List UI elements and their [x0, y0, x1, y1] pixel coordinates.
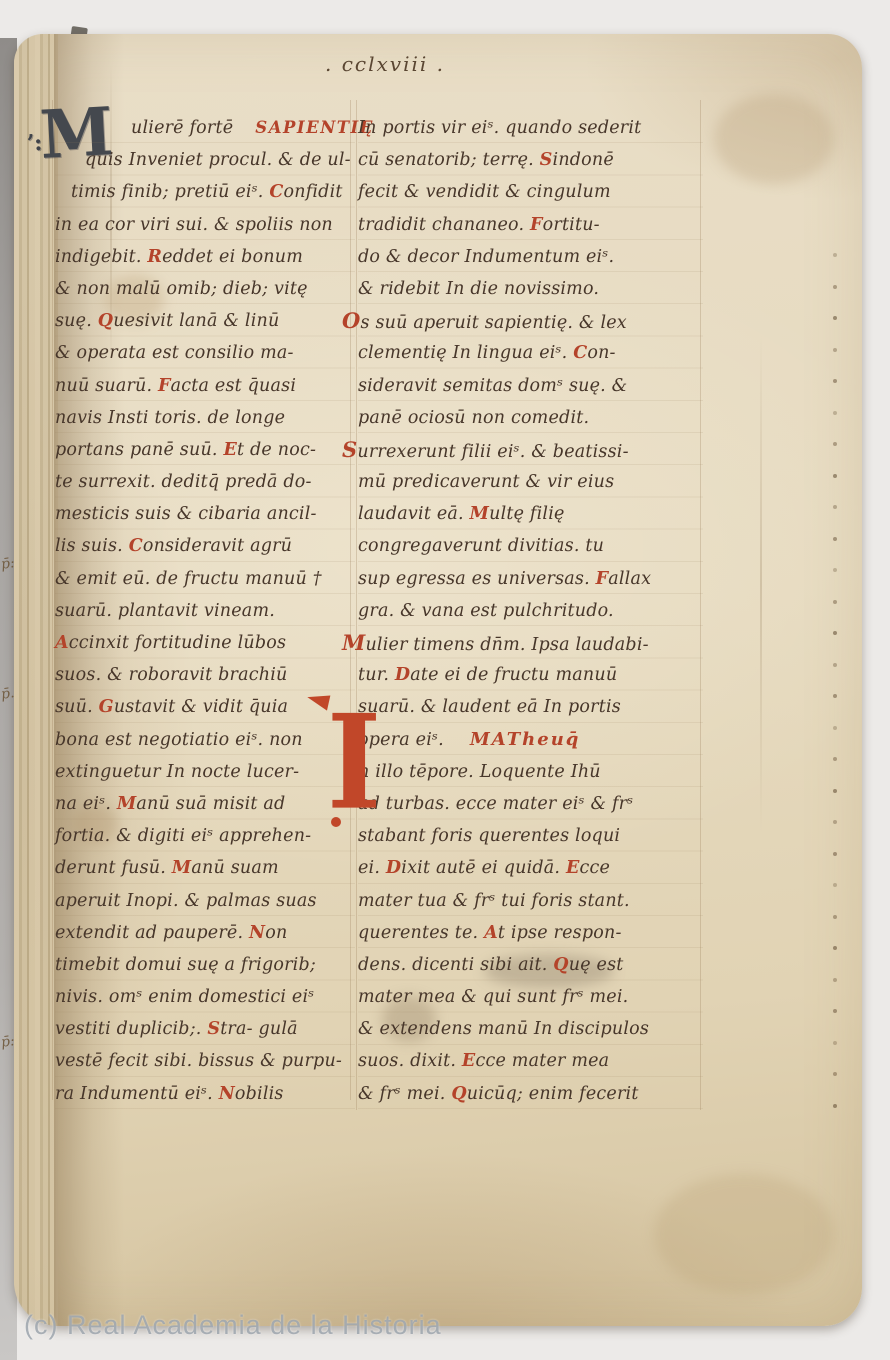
rubric-initial: N: [249, 923, 265, 943]
pricking-hole: [833, 568, 837, 572]
text-segment: tur.: [358, 665, 395, 685]
rubric-initial: Q: [553, 955, 568, 975]
manuscript-line: & operata est consilio ma-: [55, 337, 355, 369]
text-segment: t ipse respon-: [498, 923, 622, 943]
text-segment: & ridebit In die novissimo.: [358, 279, 599, 299]
text-segment: gra. & vana est pulchritudo.: [358, 601, 614, 621]
text-segment: quis Inveniet procul. & de ul-: [85, 150, 351, 170]
rubric-initial: N: [219, 1084, 235, 1104]
text-segment: stabant foris querentes loqui: [358, 826, 620, 846]
manuscript-line: mū predicaverunt & vir eius: [358, 466, 703, 498]
text-segment: dens. dicenti sibi ait.: [358, 955, 553, 975]
manuscript-line: aperuit Inopi. & palmas suas: [55, 885, 355, 917]
rubric-initial: G: [99, 697, 114, 717]
manuscript-line: nuū suarū. Facta est q̄uasi: [55, 370, 355, 402]
text-segment: nuū suarū.: [55, 376, 158, 396]
manuscript-line: panē ociosū non comedit.: [358, 402, 703, 434]
text-column-left: ulierē fortēSAPIENTIĘquis Inveniet procu…: [55, 112, 355, 1110]
text-segment: do & decor Indumentum eiˢ.: [358, 247, 614, 267]
pricking-hole: [833, 852, 837, 856]
text-segment: lis suis.: [55, 536, 129, 556]
text-segment: obilis: [235, 1084, 284, 1104]
manuscript-line: na eiˢ. Manū suā misit ad: [55, 788, 355, 820]
text-segment: on-: [587, 343, 615, 363]
text-segment: In portis vir eiˢ. quando sederit: [358, 118, 641, 138]
text-segment: acta est q̄uasi: [171, 376, 296, 396]
text-segment: urrexerunt filii eiˢ. & beatissi-: [357, 442, 628, 462]
manuscript-line: fecit & vendidit & cingulum: [358, 176, 703, 208]
manuscript-line: querentes te. At ipse respon-: [358, 917, 703, 949]
manuscript-line: & emit eū. de fructu manuū †: [55, 563, 355, 595]
text-segment: suarū. plantavit vineam.: [55, 601, 275, 621]
manuscript-line: n illo tēpore. Loquente Ihū: [358, 756, 703, 788]
text-segment: suarū. & laudent eā In portis: [358, 697, 621, 717]
text-segment: na eiˢ.: [55, 794, 117, 814]
manuscript-line: nivis. omˢ enim domestici eiˢ: [55, 981, 355, 1013]
text-segment: mū predicaverunt & vir eius: [358, 472, 614, 492]
text-segment: ortitu-: [543, 215, 600, 235]
ruling-line-vertical: [52, 100, 53, 1100]
pricking-hole: [833, 978, 837, 982]
text-segment: portans panē suū.: [55, 440, 223, 460]
text-segment: n illo tēpore. Loquente Ihū: [358, 762, 601, 782]
manuscript-line: in ea cor viri sui. & spoliis non: [55, 209, 355, 241]
manuscript-line: lis suis. Consideravit agrū: [55, 530, 355, 562]
manuscript-line: portans panē suū. Et de noc-: [55, 434, 355, 466]
pricking-hole: [833, 1009, 837, 1013]
rubric-initial: D: [386, 858, 401, 878]
text-segment: on: [265, 923, 287, 943]
manuscript-line: gra. & vana est pulchritudo.: [358, 595, 703, 627]
text-segment: suū.: [55, 697, 99, 717]
text-segment: ulier timens dn̄m. Ipsa laudabi-: [365, 635, 648, 655]
parchment-fold: [760, 334, 762, 834]
text-segment: s suū aperuit sapientię. & lex: [361, 313, 627, 333]
text-column-right: In portis vir eiˢ. quando sederitcū sena…: [358, 112, 703, 1110]
text-segment: bona est negotiatio eiˢ. non: [55, 730, 303, 750]
copyright-watermark: (c) Real Academia de la Historia: [24, 1310, 442, 1341]
manuscript-line: clementię In lingua eiˢ. Con-: [358, 337, 703, 369]
text-segment: & extendens manū In discipulos: [358, 1019, 649, 1039]
rubric-initial: E: [566, 858, 580, 878]
rubric-heading: SAPIENTIĘ: [255, 118, 374, 137]
manuscript-line: Surrexerunt filii eiˢ. & beatissi-: [358, 434, 703, 466]
manuscript-line: & frˢ mei. Quicūq; enim fecerit: [358, 1078, 703, 1110]
parchment-stain: [654, 1174, 834, 1294]
pricking-hole: [833, 1072, 837, 1076]
rubric-initial: S: [342, 434, 357, 466]
manuscript-photo: . cclxviii . M ulierē fortēSAPIENTIĘquis…: [0, 0, 890, 1360]
pricking-hole: [833, 726, 837, 730]
rubric-initial: C: [269, 182, 283, 202]
rubric-initial: M: [470, 504, 490, 524]
text-segment: ixit autē ei quidā.: [401, 858, 566, 878]
manuscript-line: dens. dicenti sibi ait. Quę est: [358, 949, 703, 981]
pricking-hole: [833, 663, 837, 667]
manuscript-line: suarū. plantavit vineam.: [55, 595, 355, 627]
manuscript-line: extinguetur In nocte lucer-: [55, 756, 355, 788]
rubric-initial: M: [342, 627, 365, 659]
text-segment: ulierē fortē: [131, 118, 233, 138]
pricking-hole: [833, 505, 837, 509]
manuscript-line: ad turbas. ecce mater eiˢ & frˢ: [358, 788, 703, 820]
manuscript-line: derunt fusū. Manū suam: [55, 852, 355, 884]
manuscript-line: te surrexit. deditq̄ predā do-: [55, 466, 355, 498]
manuscript-line: ra Indumentū eiˢ. Nobilis: [55, 1078, 355, 1110]
pricking-hole: [833, 316, 837, 320]
manuscript-line: fortia. & digiti eiˢ apprehen-: [55, 820, 355, 852]
text-segment: & frˢ mei.: [358, 1084, 451, 1104]
text-segment: laudavit eā.: [358, 504, 470, 524]
manuscript-line: timis finib; pretiū eiˢ. Confidit: [55, 176, 355, 208]
text-segment: timis finib; pretiū eiˢ.: [71, 182, 269, 202]
text-segment: te surrexit. deditq̄ predā do-: [55, 472, 312, 492]
manuscript-line: extendit ad pauperē. Non: [55, 917, 355, 949]
manuscript-line: navis Insti toris. de longe: [55, 402, 355, 434]
pricking-hole: [833, 1104, 837, 1108]
manuscript-line: timebit domui suę a frigorib;: [55, 949, 355, 981]
text-segment: panē ociosū non comedit.: [358, 408, 589, 428]
text-segment: & emit eū. de fructu manuū †: [55, 569, 322, 589]
rubric-initial: M: [172, 858, 192, 878]
pricking-hole: [833, 915, 837, 919]
manuscript-line: stabant foris querentes loqui: [358, 820, 703, 852]
text-segment: suos. dixit.: [358, 1051, 462, 1071]
text-segment: querentes te.: [358, 923, 484, 943]
pricking-hole: [833, 600, 837, 604]
rubric-initial: C: [129, 536, 143, 556]
text-segment: ei.: [358, 858, 386, 878]
rubric-initial: E: [462, 1051, 476, 1071]
rubric-initial: O: [342, 305, 361, 337]
rubric-initial: R: [147, 247, 162, 267]
manuscript-line: suos. & roboravit brachiū: [55, 659, 355, 691]
text-segment: mater mea & qui sunt frˢ mei.: [358, 987, 628, 1007]
manuscript-line: indigebit. Reddet ei bonum: [55, 241, 355, 273]
text-segment: suos. & roboravit brachiū: [55, 665, 288, 685]
pricking-hole: [833, 946, 837, 950]
text-segment: fecit & vendidit & cingulum: [358, 182, 611, 202]
pricking-hole: [833, 1041, 837, 1045]
pricking-hole: [833, 883, 837, 887]
rubric-initial: A: [484, 923, 498, 943]
text-segment: ccinxit fortitudine lūbos: [69, 633, 286, 653]
rubric-heading: MATheuq̄: [470, 729, 581, 750]
pricking-hole: [833, 285, 837, 289]
text-segment: ustavit & vidit q̄uia: [114, 697, 288, 717]
manuscript-line: Mulier timens dn̄m. Ipsa laudabi-: [358, 627, 703, 659]
text-segment: uę est: [569, 955, 624, 975]
text-segment: eddet ei bonum: [162, 247, 303, 267]
text-segment: extinguetur In nocte lucer-: [55, 762, 299, 782]
manuscript-line: congregaverunt divitias. tu: [358, 530, 703, 562]
text-segment: t de noc-: [237, 440, 316, 460]
margin-mark: p̄.: [0, 685, 15, 703]
text-segment: anū suā misit ad: [136, 794, 285, 814]
text-segment: suę.: [55, 311, 98, 331]
manuscript-line: tradidit chananeo. Fortitu-: [358, 209, 703, 241]
manuscript-line: & ridebit In die novissimo.: [358, 273, 703, 305]
text-segment: sideravit semitas domˢ suę. &: [358, 376, 627, 396]
text-segment: ad turbas. ecce mater eiˢ & frˢ: [358, 794, 633, 814]
text-segment: onsideravit agrū: [143, 536, 292, 556]
text-segment: derunt fusū.: [55, 858, 172, 878]
pricking-hole: [833, 537, 837, 541]
pricking-hole: [833, 820, 837, 824]
manuscript-line: suos. dixit. Ecce mater mea: [358, 1045, 703, 1077]
manuscript-line: Os suū aperuit sapientię. & lex: [358, 305, 703, 337]
manuscript-line: & extendens manū In discipulos: [358, 1013, 703, 1045]
rubric-initial: E: [223, 440, 237, 460]
text-segment: cū senatorib; terrę.: [358, 150, 540, 170]
manuscript-line: sideravit semitas domˢ suę. &: [358, 370, 703, 402]
text-segment: in ea cor viri sui. & spoliis non: [55, 215, 333, 235]
rubric-initial: M: [117, 794, 137, 814]
text-segment: allax: [608, 569, 651, 589]
text-segment: & non malū omib; dieb; vitę: [55, 279, 308, 299]
text-segment: mater tua & frˢ tui foris stant.: [358, 891, 630, 911]
text-segment: nivis. omˢ enim domestici eiˢ: [55, 987, 314, 1007]
manuscript-line: mesticis suis & cibaria ancil-: [55, 498, 355, 530]
pricking-hole: [833, 757, 837, 761]
manuscript-line: vestē fecit sibi. bissus & purpu-: [55, 1045, 355, 1077]
manuscript-line: quis Inveniet procul. & de ul-: [55, 144, 355, 176]
text-segment: uesivit lanā & linū: [113, 311, 279, 331]
rubric-initial: A: [55, 633, 69, 653]
text-segment: tra- gulā: [220, 1019, 298, 1039]
text-segment: sup egressa es universas.: [358, 569, 596, 589]
text-segment: uicūq; enim fecerit: [467, 1084, 639, 1104]
text-segment: mesticis suis & cibaria ancil-: [55, 504, 317, 524]
pricking-hole: [833, 694, 837, 698]
text-segment: ultę filię: [489, 504, 564, 524]
rubric-initial: F: [158, 376, 171, 396]
rubric-initial: Q: [98, 311, 113, 331]
margin-mark: p̄:: [0, 1033, 16, 1051]
text-segment: indigebit.: [55, 247, 147, 267]
text-segment: vestē fecit sibi. bissus & purpu-: [55, 1051, 342, 1071]
manuscript-line: ei. Dixit autē ei quidā. Ecce: [358, 852, 703, 884]
manuscript-line: cū senatorib; terrę. Sindonē: [358, 144, 703, 176]
text-segment: navis Insti toris. de longe: [55, 408, 285, 428]
text-segment: vestiti duplicib;.: [55, 1019, 207, 1039]
manuscript-line: vestiti duplicib;. Stra- gulā: [55, 1013, 355, 1045]
manuscript-line: bona est negotiatio eiˢ. non: [55, 724, 355, 756]
pricking-hole: [833, 411, 837, 415]
pricking-hole: [833, 474, 837, 478]
margin-mark: p̄:: [0, 555, 16, 573]
pricking-hole: [833, 631, 837, 635]
pricking-hole: [833, 789, 837, 793]
rubric-initial: C: [573, 343, 587, 363]
text-segment: cce: [580, 858, 611, 878]
rubric-dot: [331, 817, 341, 827]
manuscript-line: laudavit eā. Multę filię: [358, 498, 703, 530]
manuscript-line: opera eiˢ.MATheuq̄: [358, 724, 703, 756]
manuscript-line: tur. Date ei de fructu manuū: [358, 659, 703, 691]
manuscript-line: do & decor Indumentum eiˢ.: [358, 241, 703, 273]
rubric-initial: F: [596, 569, 609, 589]
rubric-initial: F: [530, 215, 543, 235]
text-segment: indonē: [553, 150, 614, 170]
text-segment: cce mater mea: [475, 1051, 609, 1071]
pricking-hole: [833, 253, 837, 257]
parchment-stain: [714, 94, 834, 184]
manuscript-line: mater tua & frˢ tui foris stant.: [358, 885, 703, 917]
rubric-initial: S: [207, 1019, 220, 1039]
pricking-hole: [833, 442, 837, 446]
text-segment: congregaverunt divitias. tu: [358, 536, 604, 556]
text-segment: aperuit Inopi. & palmas suas: [55, 891, 317, 911]
folio-number: . cclxviii .: [275, 52, 495, 76]
text-segment: onfidit: [283, 182, 342, 202]
text-segment: timebit domui suę a frigorib;: [55, 955, 316, 975]
text-segment: & operata est consilio ma-: [55, 343, 294, 363]
rubric-initial: D: [395, 665, 410, 685]
text-segment: tradidit chananeo.: [358, 215, 530, 235]
text-segment: ra Indumentū eiˢ.: [55, 1084, 219, 1104]
manuscript-line: suę. Quesivit lanā & linū: [55, 305, 355, 337]
text-segment: ate ei de fructu manuū: [410, 665, 617, 685]
text-segment: anū suam: [191, 858, 278, 878]
pricking-hole: [833, 348, 837, 352]
rubric-initial: Q: [451, 1084, 466, 1104]
text-segment: clementię In lingua eiˢ.: [358, 343, 573, 363]
manuscript-line: suarū. & laudent eā In portis: [358, 691, 703, 723]
manuscript-line: sup egressa es universas. Fallax: [358, 563, 703, 595]
manuscript-line: ulierē fortēSAPIENTIĘ: [55, 112, 355, 144]
manuscript-line: In portis vir eiˢ. quando sederit: [358, 112, 703, 144]
ruling-line-vertical: [356, 100, 357, 1110]
text-segment: extendit ad pauperē.: [55, 923, 249, 943]
manuscript-line: & non malū omib; dieb; vitę: [55, 273, 355, 305]
manuscript-line: Accinxit fortitudine lūbos: [55, 627, 355, 659]
manuscript-line: mater mea & qui sunt frˢ mei.: [358, 981, 703, 1013]
pricking-hole: [833, 379, 837, 383]
rubric-initial: S: [540, 150, 553, 170]
text-segment: fortia. & digiti eiˢ apprehen-: [55, 826, 311, 846]
